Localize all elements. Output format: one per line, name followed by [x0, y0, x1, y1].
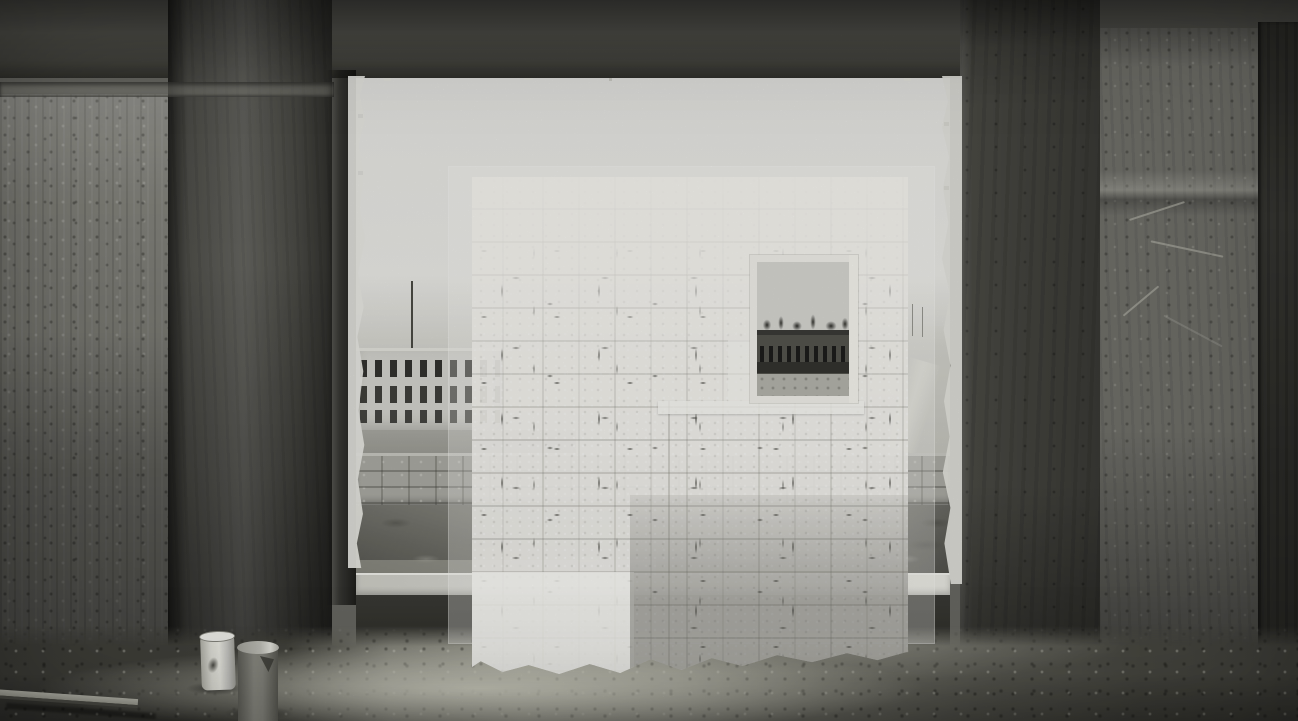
plaster-chip: [384, 78, 391, 81]
plaster-chip: [524, 78, 533, 80]
concrete-texture: [1100, 28, 1258, 676]
pail-dark-notch: [260, 656, 274, 672]
concrete-texture: [960, 0, 1100, 672]
cinder-block-print-overlay: [472, 177, 908, 674]
inset-rubble: [757, 374, 851, 396]
concrete-pillar-left: [168, 0, 332, 662]
concrete-texture: [1258, 22, 1298, 676]
concrete-texture: [168, 0, 332, 662]
photograph: [0, 0, 1298, 721]
print-bright-patch: [472, 572, 634, 674]
concrete-pillar-right: [960, 0, 1100, 672]
concrete-texture: [0, 94, 168, 660]
inset-shadow-band: [757, 362, 851, 373]
can-dark-blotch: [205, 655, 220, 675]
concrete-joint: [0, 82, 334, 97]
concrete-edge-right: [1258, 22, 1298, 676]
white-patch: [728, 340, 752, 406]
inset-window-row: [760, 346, 848, 362]
inset-framed-view: [750, 255, 858, 403]
concrete-panel-right: [1100, 28, 1258, 676]
concrete-wall-left: [0, 94, 168, 660]
inset-rooftop-plants: [757, 311, 851, 331]
nail: [609, 78, 612, 81]
white-paint-can: [200, 635, 236, 690]
utility-pole: [411, 281, 413, 351]
print-shaded-area: [630, 495, 908, 674]
inset-dark-building: [757, 330, 851, 374]
print-seam: [668, 401, 670, 669]
can-lid: [199, 630, 235, 642]
grey-cylinder-pail: [238, 648, 278, 721]
plaster-chip: [904, 78, 911, 81]
pail-rim: [237, 641, 279, 654]
inset-frame-edge: [849, 255, 858, 403]
